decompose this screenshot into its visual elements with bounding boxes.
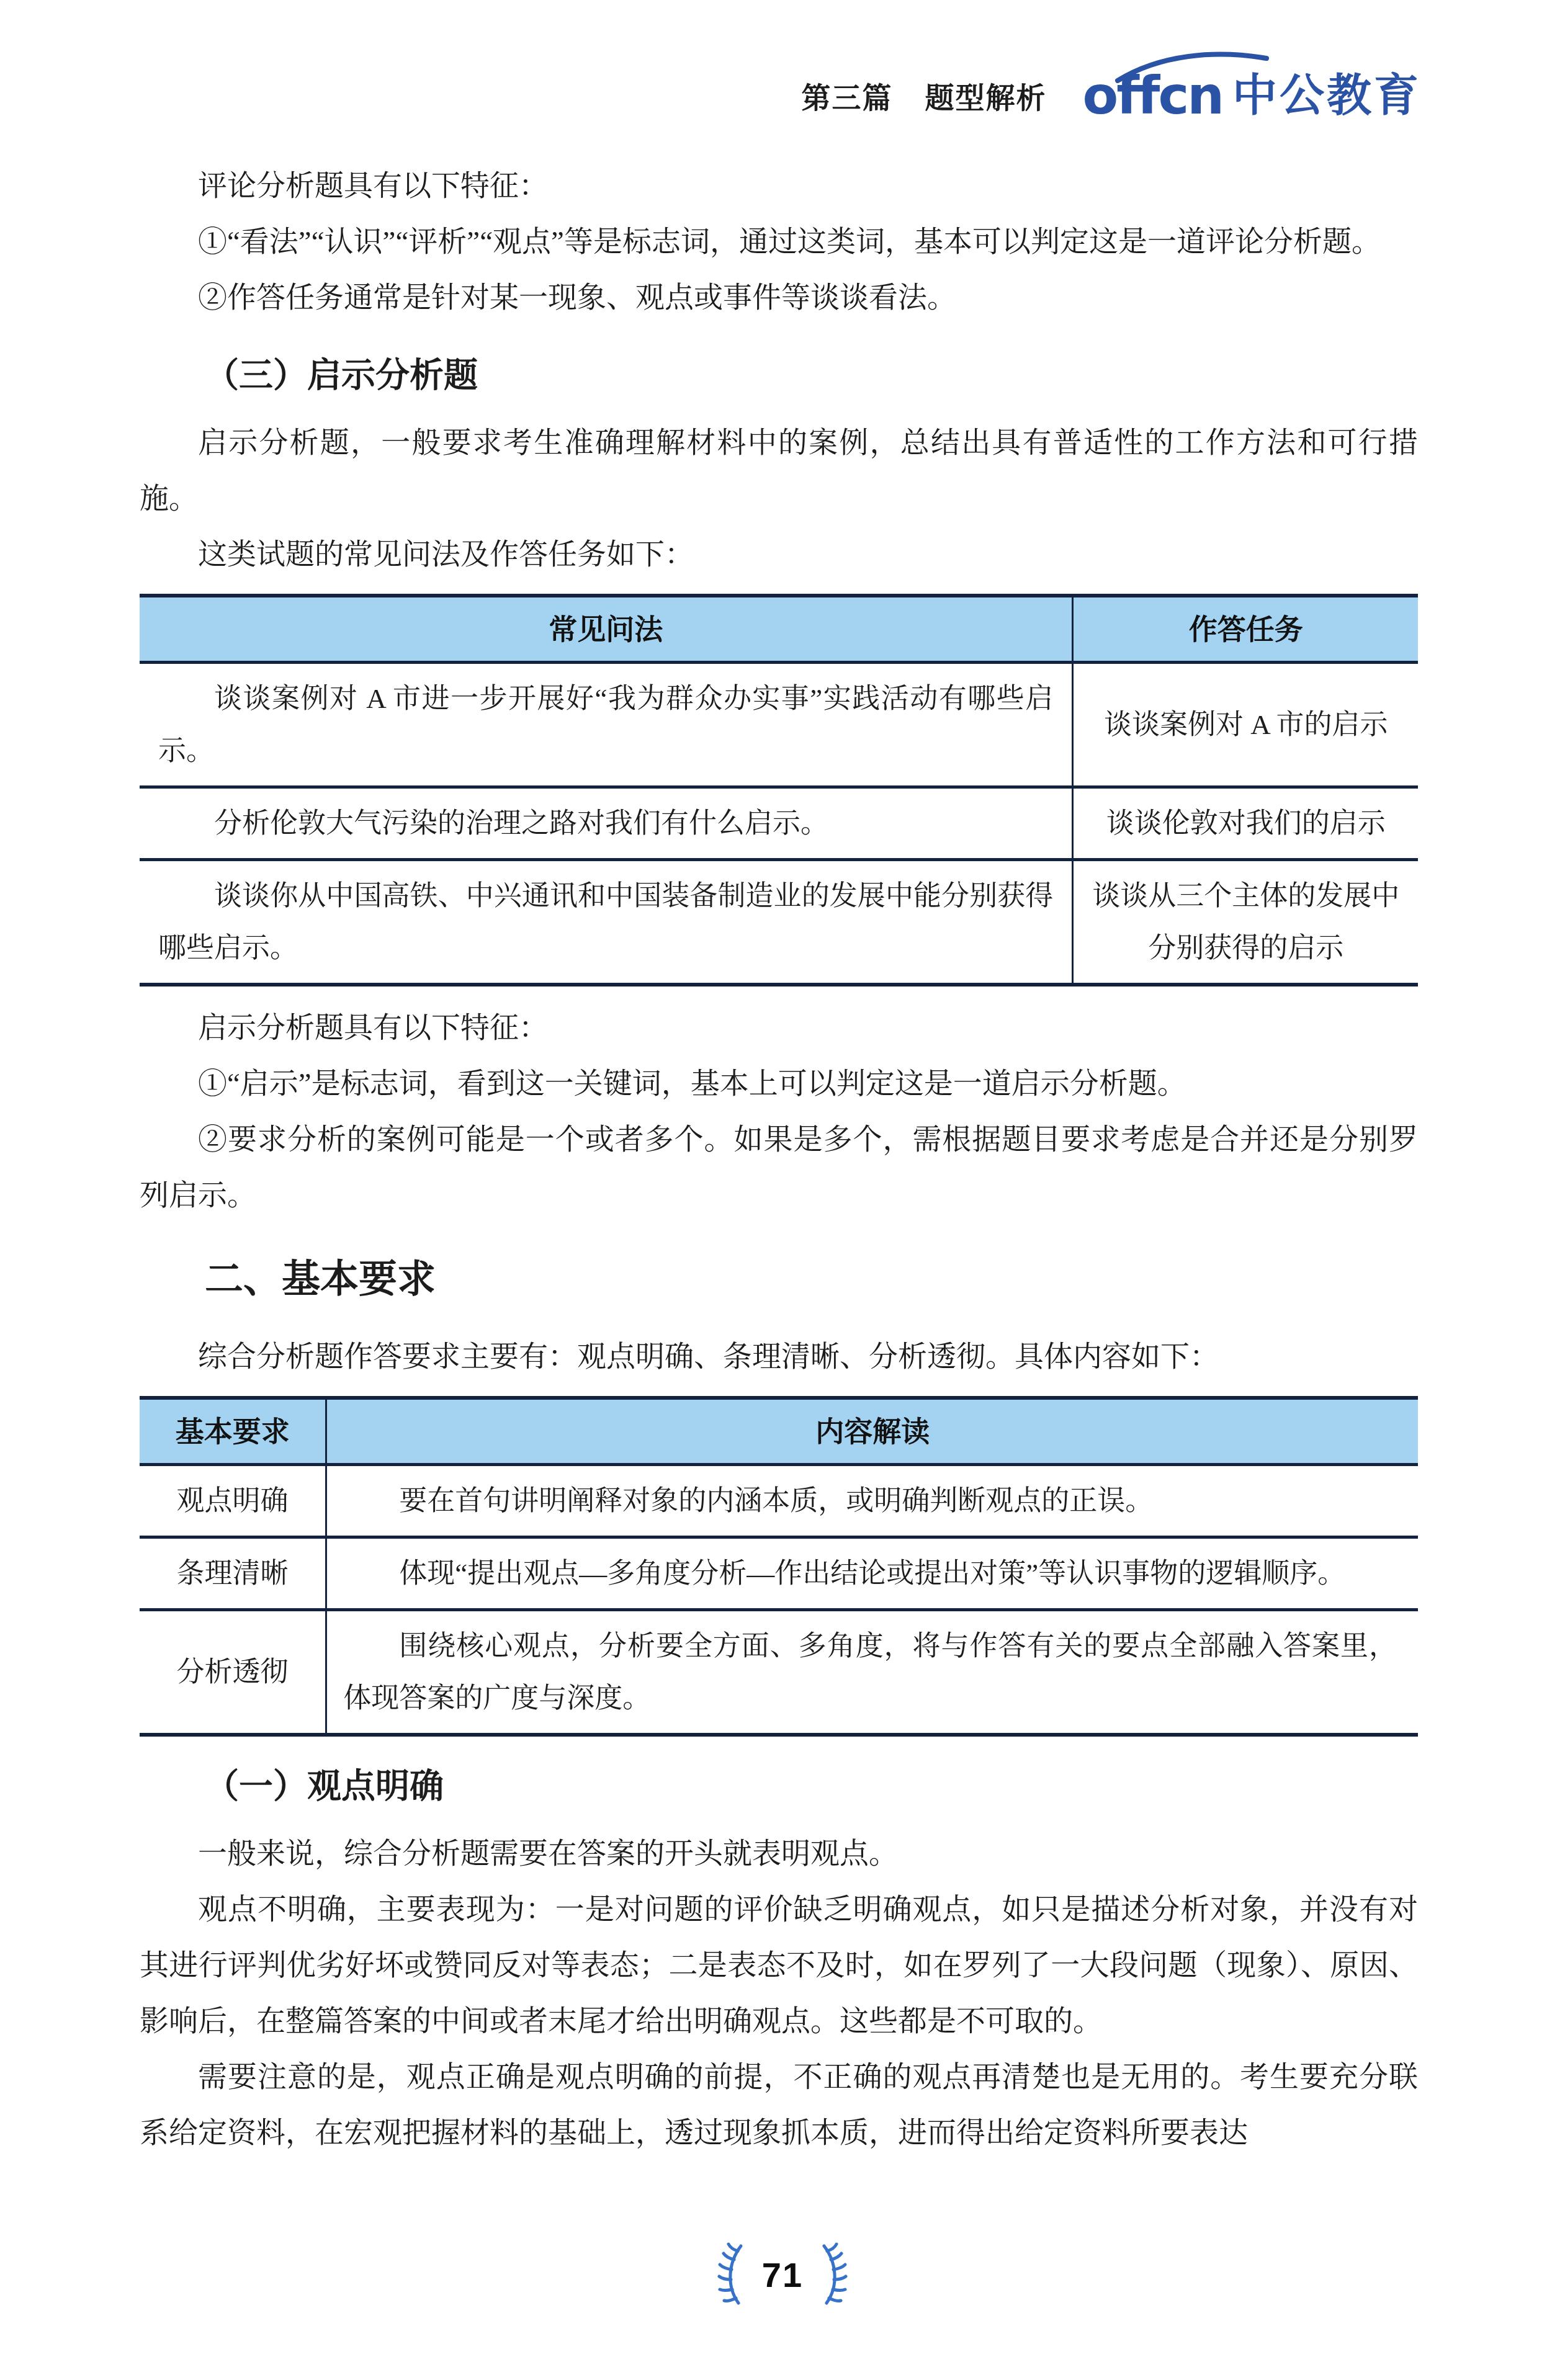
table-cell-question: 谈谈你从中国高铁、中兴通讯和中国装备制造业的发展中能分别获得哪些启示。 <box>140 860 1073 985</box>
table-header-cell: 作答任务 <box>1073 596 1418 663</box>
paragraph: 一般来说，综合分析题需要在答案的开头就表明观点。 <box>140 1826 1418 1882</box>
paragraph: ②要求分析的案例可能是一个或者多个。如果是多个，需根据题目要求考虑是合并还是分别… <box>140 1112 1418 1224</box>
laurel-left-icon <box>717 2242 746 2307</box>
paragraph: ①“启示”是标志词，看到这一关键词，基本上可以判定这是一道启示分析题。 <box>140 1056 1418 1112</box>
section-heading-qishi: （三）启示分析题 <box>140 351 1418 399</box>
table-basic-requirements: 基本要求 内容解读 观点明确 要在首句讲明阐释对象的内涵本质，或明确判断观点的正… <box>140 1396 1418 1737</box>
book-page: 第三篇 题型解析 offcn 中公教育 评论分析题具有以下特征： ①“看法”“认… <box>0 0 1565 2380</box>
table-cell-task: 谈谈伦敦对我们的启示 <box>1073 787 1418 860</box>
paragraph: 评论分析题具有以下特征： <box>140 158 1418 214</box>
paragraph: 启示分析题具有以下特征： <box>140 1000 1418 1056</box>
paragraph: 启示分析题，一般要求考生准确理解材料中的案例，总结出具有普适性的工作方法和可行措… <box>140 415 1418 527</box>
paragraph: 观点不明确，主要表现为：一是对问题的评价缺乏明确观点，如只是描述分析对象，并没有… <box>140 1882 1418 2049</box>
laurel-right-icon <box>819 2242 848 2307</box>
page-content: 评论分析题具有以下特征： ①“看法”“认识”“评析”“观点”等是标志词，通过这类… <box>140 0 1418 2161</box>
table-cell-interpretation: 要在首句讲明阐释对象的内涵本质，或明确判断观点的正误。 <box>326 1465 1418 1537</box>
table-cell-interpretation: 围绕核心观点，分析要全方面、多角度，将与作答有关的要点全部融入答案里，体现答案的… <box>326 1610 1418 1735</box>
table-header-cell: 内容解读 <box>326 1398 1418 1465</box>
paragraph: 这类试题的常见问法及作答任务如下： <box>140 527 1418 583</box>
paragraph: ②作答任务通常是针对某一现象、观点或事件等谈谈看法。 <box>140 270 1418 326</box>
table-cell-question: 谈谈案例对 A 市进一步开展好“我为群众办实事”实践活动有哪些启示。 <box>140 663 1073 787</box>
table-header-cell: 基本要求 <box>140 1398 326 1465</box>
table-header-cell: 常见问法 <box>140 596 1073 663</box>
paragraph: 综合分析题作答要求主要有：观点明确、条理清晰、分析透彻。具体内容如下： <box>140 1329 1418 1385</box>
table-row: 条理清晰 体现“提出观点—多角度分析—作出结论或提出对策”等认识事物的逻辑顺序。 <box>140 1537 1418 1610</box>
table-row: 分析伦敦大气污染的治理之路对我们有什么启示。 谈谈伦敦对我们的启示 <box>140 787 1418 860</box>
table-cell-requirement: 观点明确 <box>140 1465 326 1537</box>
table-cell-interpretation: 体现“提出观点—多角度分析—作出结论或提出对策”等认识事物的逻辑顺序。 <box>326 1537 1418 1610</box>
section-heading-guandian: （一）观点明确 <box>140 1761 1418 1810</box>
table-cell-question: 分析伦敦大气污染的治理之路对我们有什么启示。 <box>140 787 1073 860</box>
paragraph: 需要注意的是，观点正确是观点明确的前提，不正确的观点再清楚也是无用的。考生要充分… <box>140 2049 1418 2161</box>
table-row: 观点明确 要在首句讲明阐释对象的内涵本质，或明确判断观点的正误。 <box>140 1465 1418 1537</box>
section-heading-jiben: 二、基本要求 <box>140 1253 1418 1307</box>
table-row: 谈谈案例对 A 市进一步开展好“我为群众办实事”实践活动有哪些启示。 谈谈案例对… <box>140 663 1418 787</box>
table-header-row: 基本要求 内容解读 <box>140 1398 1418 1465</box>
table-row: 谈谈你从中国高铁、中兴通讯和中国装备制造业的发展中能分别获得哪些启示。 谈谈从三… <box>140 860 1418 985</box>
table-cell-requirement: 分析透彻 <box>140 1610 326 1735</box>
table-cell-requirement: 条理清晰 <box>140 1537 326 1610</box>
table-cell-task: 谈谈案例对 A 市的启示 <box>1073 663 1418 787</box>
page-number: 71 <box>762 2255 803 2295</box>
page-footer: 71 <box>0 2242 1565 2307</box>
paragraph: ①“看法”“认识”“评析”“观点”等是标志词，通过这类词，基本可以判定这是一道评… <box>140 214 1418 270</box>
table-row: 分析透彻 围绕核心观点，分析要全方面、多角度，将与作答有关的要点全部融入答案里，… <box>140 1610 1418 1735</box>
table-cell-task: 谈谈从三个主体的发展中分别获得的启示 <box>1073 860 1418 985</box>
table-header-row: 常见问法 作答任务 <box>140 596 1418 663</box>
table-common-questions: 常见问法 作答任务 谈谈案例对 A 市进一步开展好“我为群众办实事”实践活动有哪… <box>140 594 1418 986</box>
